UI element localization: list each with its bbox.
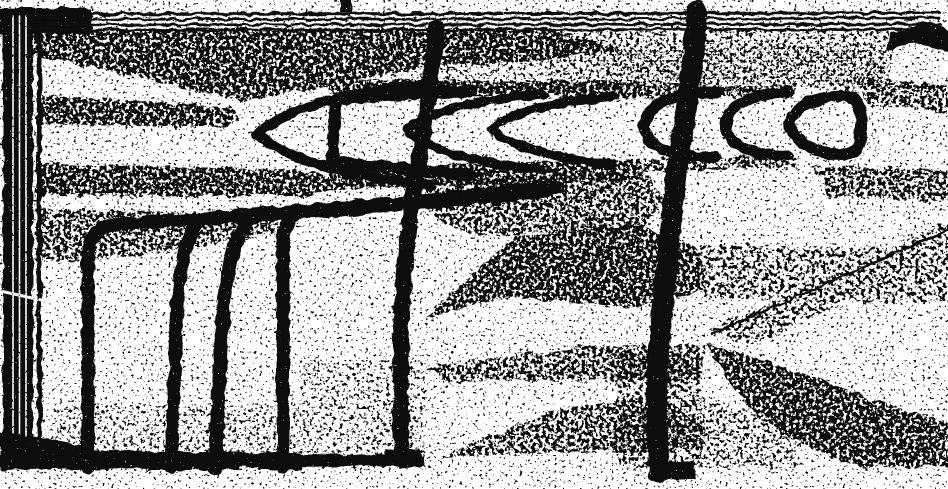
flow-visualization-figure xyxy=(0,0,948,489)
figure-canvas xyxy=(0,0,948,489)
scan-noise xyxy=(0,0,948,489)
global-grain xyxy=(0,0,948,489)
